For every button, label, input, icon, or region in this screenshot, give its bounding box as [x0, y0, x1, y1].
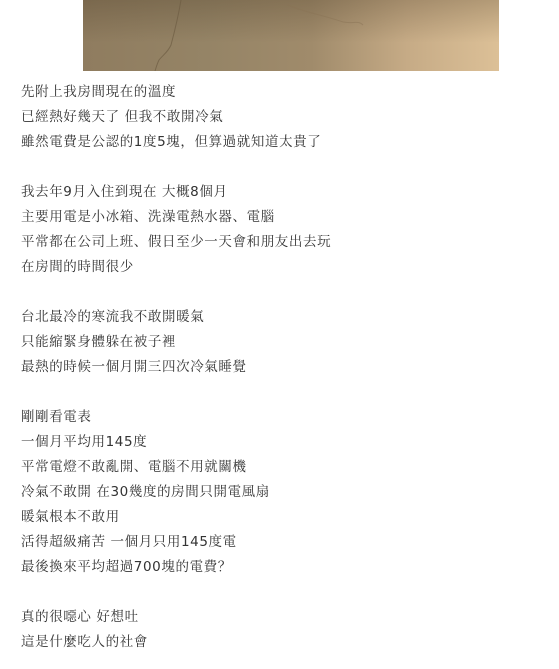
- text-line: 暖氣根本不敢用: [21, 505, 541, 530]
- text-line: 台北最冷的寒流我不敢開暖氣: [21, 305, 541, 330]
- text-line: 只能縮緊身體躲在被子裡: [21, 330, 541, 355]
- paragraph-gap: [21, 580, 541, 605]
- post-body: 先附上我房間現在的溫度 已經熱好幾天了 但我不敢開冷氣 雖然電費是公認的1度5塊…: [21, 80, 541, 655]
- text-line: 真的很噁心 好想吐: [21, 605, 541, 630]
- text-line: 平常都在公司上班、假日至少一天會和朋友出去玩: [21, 230, 541, 255]
- text-line: 活得超級痛苦 一個月只用145度電: [21, 530, 541, 555]
- text-line: 我去年9月入住到現在 大概8個月: [21, 180, 541, 205]
- text-line: 這是什麼吃人的社會: [21, 630, 541, 655]
- paragraph-2: 我去年9月入住到現在 大概8個月 主要用電是小冰箱、洗澡電熱水器、電腦 平常都在…: [21, 180, 541, 280]
- text-line: 在房間的時間很少: [21, 255, 541, 280]
- paragraph-3: 台北最冷的寒流我不敢開暖氣 只能縮緊身體躲在被子裡 最熱的時候一個月開三四次冷氣…: [21, 305, 541, 380]
- text-line: 剛剛看電表: [21, 405, 541, 430]
- paragraph-gap: [21, 155, 541, 180]
- wall-crack-graphic: [83, 0, 499, 71]
- text-line: 已經熱好幾天了 但我不敢開冷氣: [21, 105, 541, 130]
- text-line: 平常電燈不敢亂開、電腦不用就關機: [21, 455, 541, 480]
- text-line: 先附上我房間現在的溫度: [21, 80, 541, 105]
- paragraph-4: 剛剛看電表 一個月平均用145度 平常電燈不敢亂開、電腦不用就關機 冷氣不敢開 …: [21, 405, 541, 580]
- text-line: 冷氣不敢開 在30幾度的房間只開電風扇: [21, 480, 541, 505]
- room-photo: [83, 0, 499, 71]
- text-line: 雖然電費是公認的1度5塊，但算過就知道太貴了: [21, 130, 541, 155]
- text-line: 主要用電是小冰箱、洗澡電熱水器、電腦: [21, 205, 541, 230]
- paragraph-gap: [21, 280, 541, 305]
- paragraph-1: 先附上我房間現在的溫度 已經熱好幾天了 但我不敢開冷氣 雖然電費是公認的1度5塊…: [21, 80, 541, 155]
- text-line: 一個月平均用145度: [21, 430, 541, 455]
- paragraph-5: 真的很噁心 好想吐 這是什麼吃人的社會: [21, 605, 541, 655]
- text-line: 最熱的時候一個月開三四次冷氣睡覺: [21, 355, 541, 380]
- paragraph-gap: [21, 380, 541, 405]
- text-line: 最後換來平均超過700塊的電費？: [21, 555, 541, 580]
